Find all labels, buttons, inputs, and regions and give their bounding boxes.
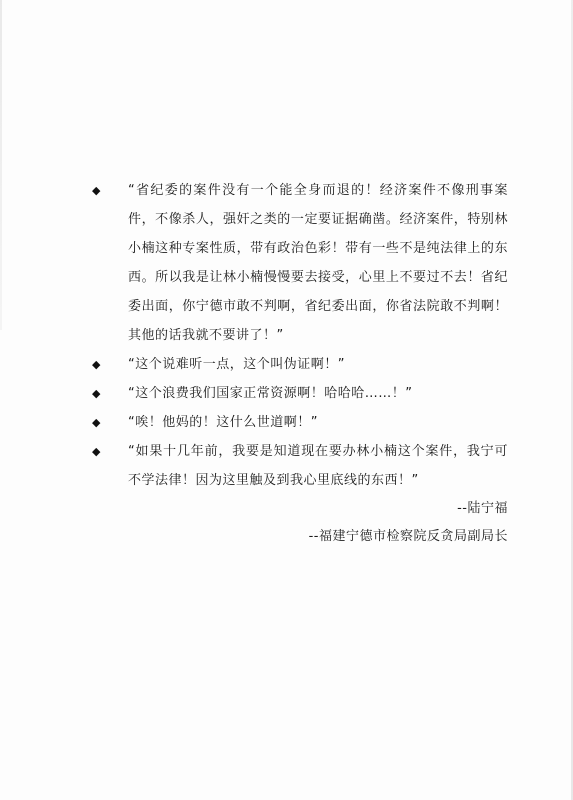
quote-item: ◆ “省纪委的案件没有一个能全身而退的！经济案件不像刑事案件，不像杀人，强奸之类… xyxy=(92,176,508,350)
quote-item: ◆ “这个说难听一点，这个叫伪证啊！” xyxy=(92,350,508,379)
scan-edge-left xyxy=(0,0,2,330)
quote-block: ◆ “省纪委的案件没有一个能全身而退的！经济案件不像刑事案件，不像杀人，强奸之类… xyxy=(92,176,508,551)
diamond-bullet-icon: ◆ xyxy=(92,176,128,205)
attribution-title: --福建宁德市检察院反贪局副局长 xyxy=(92,523,508,551)
quote-text: “唉！他妈的！这什么世道啊！” xyxy=(128,408,508,437)
quote-item: ◆ “唉！他妈的！这什么世道啊！” xyxy=(92,408,508,437)
attribution: --陆宁福 --福建宁德市检察院反贪局副局长 xyxy=(92,495,508,551)
quote-text: “省纪委的案件没有一个能全身而退的！经济案件不像刑事案件，不像杀人，强奸之类的一… xyxy=(128,176,508,350)
diamond-bullet-icon: ◆ xyxy=(92,408,128,437)
quote-text: “这个说难听一点，这个叫伪证啊！” xyxy=(128,350,508,379)
quote-item: ◆ “这个浪费我们国家正常资源啊！哈哈哈……！” xyxy=(92,379,508,408)
diamond-bullet-icon: ◆ xyxy=(92,379,128,408)
quote-list: ◆ “省纪委的案件没有一个能全身而退的！经济案件不像刑事案件，不像杀人，强奸之类… xyxy=(92,176,508,495)
quote-item: ◆ “如果十几年前，我要是知道现在要办林小楠这个案件，我宁可不学法律！因为这里触… xyxy=(92,437,508,495)
quote-text: “如果十几年前，我要是知道现在要办林小楠这个案件，我宁可不学法律！因为这里触及到… xyxy=(128,437,508,495)
diamond-bullet-icon: ◆ xyxy=(92,437,128,466)
scanned-document-page: ◆ “省纪委的案件没有一个能全身而退的！经济案件不像刑事案件，不像杀人，强奸之类… xyxy=(0,0,573,800)
quote-text: “这个浪费我们国家正常资源啊！哈哈哈……！” xyxy=(128,379,508,408)
attribution-name: --陆宁福 xyxy=(92,495,508,523)
diamond-bullet-icon: ◆ xyxy=(92,350,128,379)
